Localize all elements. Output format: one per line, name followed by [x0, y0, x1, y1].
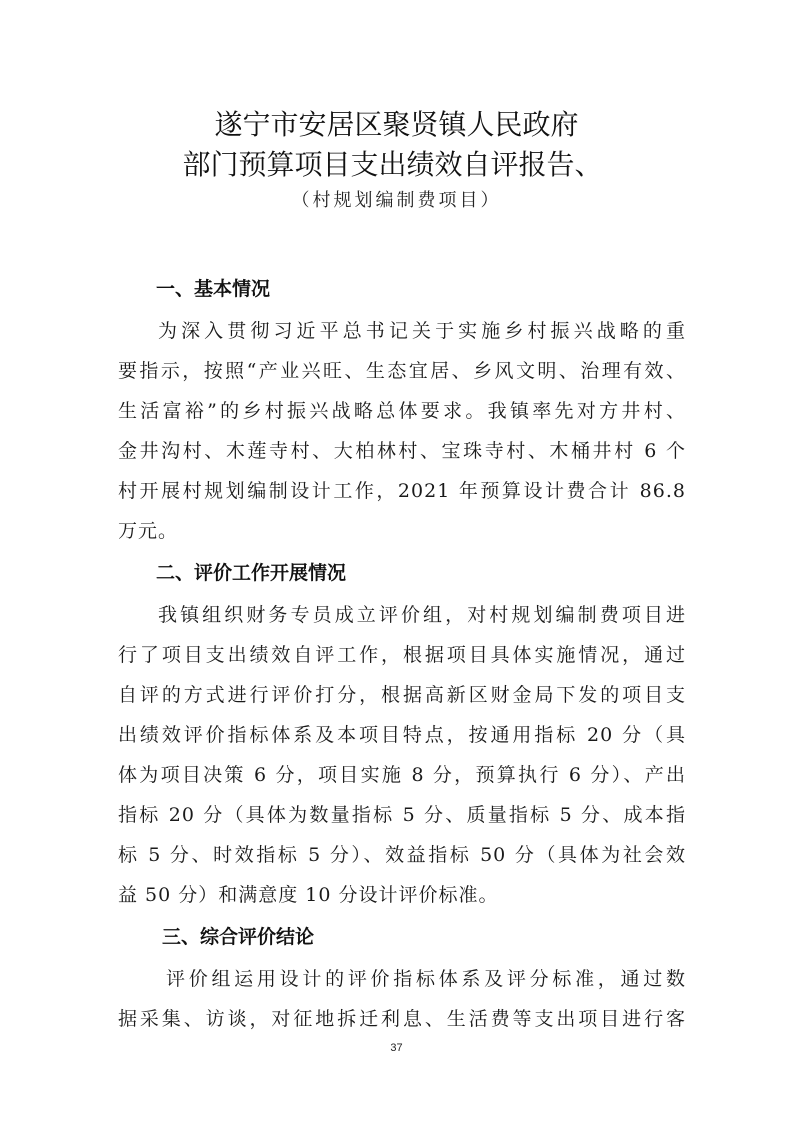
paragraph-line: 我镇组织财务专员成立评价组，对村规划编制费项目进 — [158, 600, 686, 627]
paragraph-line: 据采集、访谈，对征地拆迁利息、生活费等支出项目进行客 — [118, 1004, 686, 1031]
document-page: 遂宁市安居区聚贤镇人民政府 部门预算项目支出绩效自评报告、 （村规划编制费项目）… — [0, 0, 793, 1122]
paragraph-line: 标 5 分、时效指标 5 分）、效益指标 50 分（具体为社会效 — [118, 840, 686, 867]
section-heading-basic-info: 一、基本情况 — [156, 274, 270, 301]
document-title-line2: 部门预算项目支出绩效自评报告、 — [0, 148, 789, 182]
section-heading-conclusion: 三、综合评价结论 — [162, 922, 314, 949]
paragraph-line: 行了项目支出绩效自评工作，根据项目具体实施情况，通过 — [118, 640, 686, 667]
paragraph-line: 指标 20 分（具体为数量指标 5 分、质量指标 5 分、成本指 — [118, 800, 686, 827]
paragraph-line: 评价组运用设计的评价指标体系及评分标准，通过数 — [166, 964, 686, 991]
section-heading-evaluation-work: 二、评价工作开展情况 — [156, 558, 346, 585]
document-subtitle: （村规划编制费项目） — [0, 186, 793, 212]
paragraph-line: 万元。 — [118, 516, 686, 543]
paragraph-line: 生活富裕”的乡村振兴战略总体要求。我镇率先对方井村、 — [118, 396, 686, 423]
paragraph-line: 出绩效评价指标体系及本项目特点，按通用指标 20 分（具 — [118, 720, 686, 747]
paragraph-line: 自评的方式进行评价打分，根据高新区财金局下发的项目支 — [118, 680, 686, 707]
paragraph-line: 金井沟村、木莲寺村、大柏林村、宝珠寺村、木桶井村 6 个 — [118, 436, 686, 463]
paragraph-line: 要指示，按照“产业兴旺、生态宜居、乡风文明、治理有效、 — [118, 356, 686, 383]
page-number: 37 — [0, 1042, 793, 1054]
paragraph-line: 益 50 分）和满意度 10 分设计评价标准。 — [118, 880, 686, 907]
paragraph-line: 体为项目决策 6 分，项目实施 8 分，预算执行 6 分）、产出 — [118, 760, 686, 787]
paragraph-line: 村开展村规划编制设计工作，2021 年预算设计费合计 86.8 — [118, 476, 686, 503]
document-title-line1: 遂宁市安居区聚贤镇人民政府 — [0, 108, 793, 142]
paragraph-line: 为深入贯彻习近平总书记关于实施乡村振兴战略的重 — [158, 316, 686, 343]
